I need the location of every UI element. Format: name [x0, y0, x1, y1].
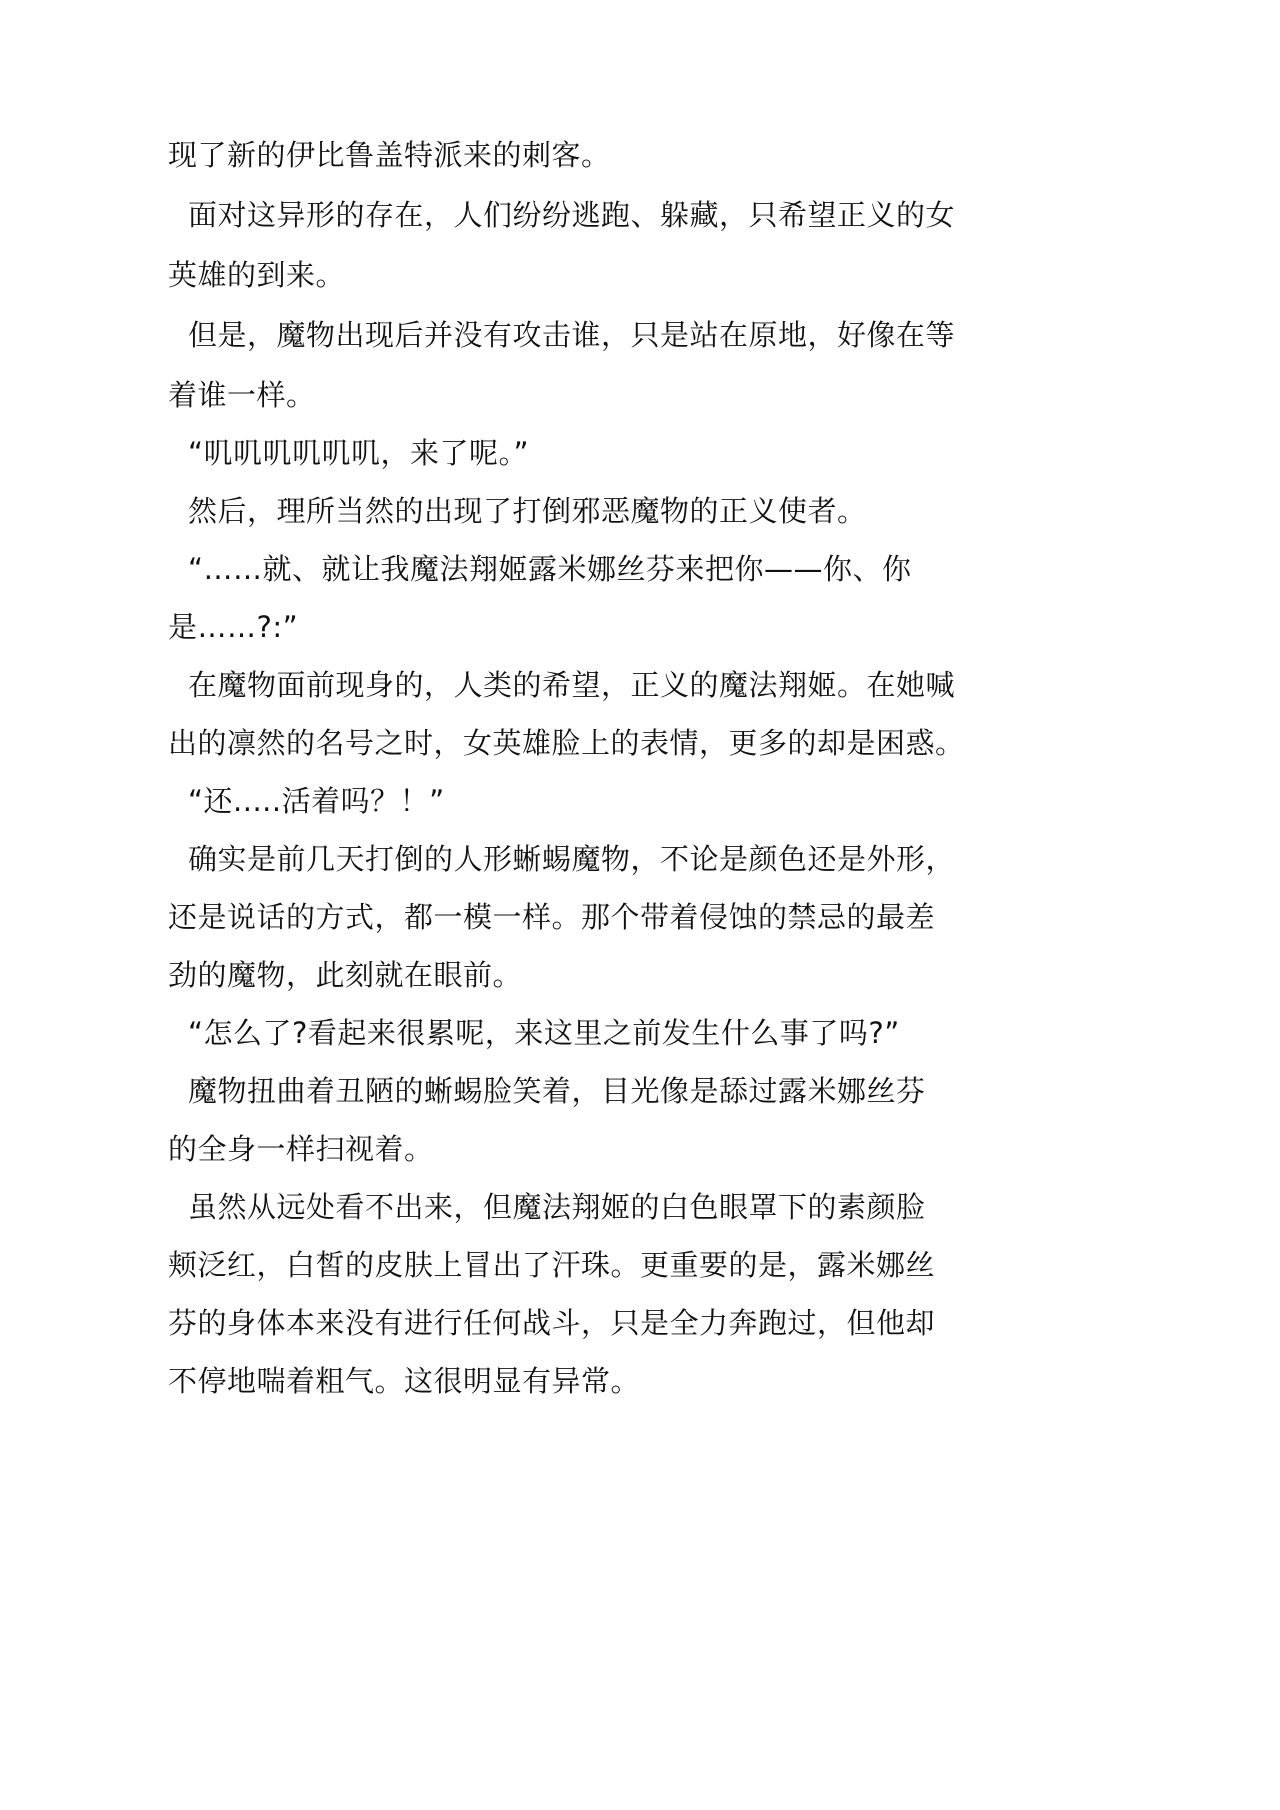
text-line: 不停地喘着粗气。这很明显有异常。 [168, 1361, 640, 1401]
text-line: “还.....活着吗？！” [188, 781, 445, 821]
text-line: 在魔物面前现身的，人类的希望，正义的魔法翔姬。在她喊 [188, 665, 955, 705]
text-line: 英雄的到来。 [168, 255, 345, 295]
text-line: 芬的身体本来没有进行任何战斗，只是全力奔跑过，但他却 [168, 1303, 935, 1343]
text-line: 还是说话的方式，都一模一样。那个带着侵蚀的禁忌的最差 [168, 897, 935, 937]
text-line: 确实是前几天打倒的人形蜥蜴魔物，不论是颜色还是外形， [188, 839, 955, 879]
text-line: 颊泛红，白皙的皮肤上冒出了汗珠。更重要的是，露米娜丝 [168, 1245, 935, 1285]
text-line: 现了新的伊比鲁盖特派来的刺客。 [168, 135, 611, 175]
text-line: 但是，魔物出现后并没有攻击谁，只是站在原地，好像在等 [188, 315, 955, 355]
text-line: “叽叽叽叽叽叽，来了呢。” [188, 433, 529, 473]
text-line: 面对这异形的存在，人们纷纷逃跑、躲藏，只希望正义的女 [188, 195, 955, 235]
text-line: 出的凛然的名号之时，女英雄脸上的表情，更多的却是困惑。 [168, 723, 965, 763]
text-line: “……就、就让我魔法翔姬露米娜丝芬来把你——你、你 [188, 549, 912, 589]
text-line: 着谁一样。 [168, 375, 316, 415]
text-line: 劲的魔物，此刻就在眼前。 [168, 955, 522, 995]
text-line: 魔物扭曲着丑陋的蜥蜴脸笑着，目光像是舔过露米娜丝芬 [188, 1071, 926, 1111]
text-line: 虽然从远处看不出来，但魔法翔姬的白色眼罩下的素颜脸 [188, 1187, 926, 1227]
text-line: 然后，理所当然的出现了打倒邪恶魔物的正义使者。 [188, 491, 867, 531]
text-line: “怎么了?看起来很累呢，来这里之前发生什么事了吗?” [188, 1013, 900, 1053]
text-line: 是……?:” [168, 607, 298, 647]
text-line: 的全身一样扫视着。 [168, 1129, 434, 1169]
